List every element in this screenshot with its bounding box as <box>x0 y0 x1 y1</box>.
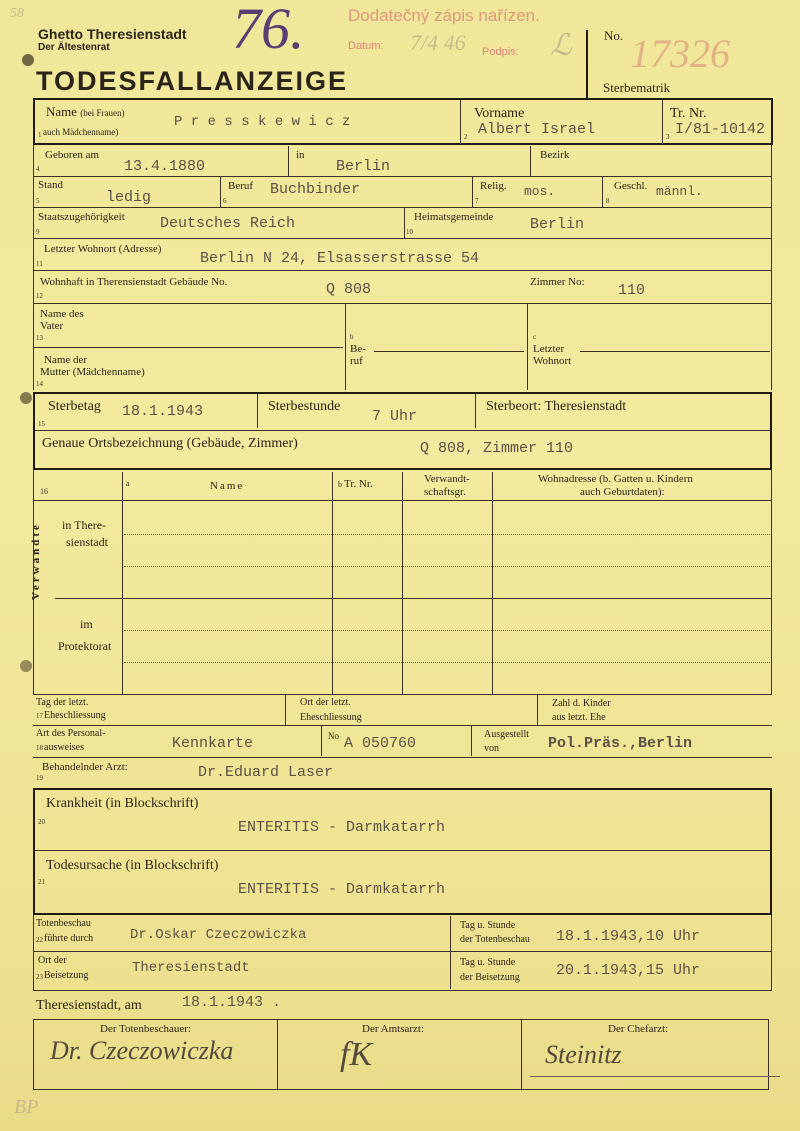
punch-hole <box>20 392 32 404</box>
inspection-time-label-1: Tag u. Stunde <box>460 920 515 932</box>
physician-value: Dr.Eduard Laser <box>198 764 333 781</box>
chief-physician-signature: Steinitz <box>545 1040 622 1070</box>
religion-label: Relig. <box>480 180 507 192</box>
stamp-podpis-label: Podpis: <box>482 46 519 58</box>
group-protectorate-label-1: im <box>80 618 93 630</box>
birthplace-value: Berlin <box>336 158 390 175</box>
group-terezin-label-1: in There- <box>62 519 106 531</box>
death-date-label: Sterbetag <box>48 399 101 414</box>
terezin-building-label: Wohnhaft in Therensienstadt Gebäude No. <box>40 276 227 288</box>
id-number-value: A 050760 <box>344 735 416 752</box>
relatives-trnr-header: b Tr. Nr. <box>338 478 373 491</box>
form-title: TODESFALLANZEIGE <box>36 66 348 97</box>
inspector-signature: Dr. Czeczowiczka <box>50 1036 233 1066</box>
children-count-label-1: Zahl d. Kinder <box>552 698 611 710</box>
burial-place-value: Theresienstadt <box>132 960 250 976</box>
death-place-label: Sterbeort: Theresienstadt <box>486 399 626 414</box>
organization-name: Ghetto Theresienstadt <box>38 26 187 42</box>
id-number-label: No <box>328 730 339 742</box>
children-count-label-2: aus letzt. Ehe <box>552 712 606 724</box>
death-notice-form: 58 Ghetto Theresienstadt Der Ältestenrat… <box>0 0 800 1131</box>
death-hour-label: Sterbestunde <box>268 399 340 414</box>
marriage-date-label-2: Eheschliessung <box>44 710 106 722</box>
chief-physician-label: Der Chefarzt: <box>608 1023 668 1035</box>
terezin-building-value: Q 808 <box>326 281 371 298</box>
birthdate-label: Geboren am <box>45 149 99 161</box>
official-physician-signature: fK <box>340 1036 372 1074</box>
inspection-by-value: Dr.Oskar Czeczowiczka <box>130 927 306 943</box>
marital-status-value: ledig <box>106 189 151 206</box>
district-label: Bezirk <box>540 149 569 161</box>
stamp-datum-label: Datum: <box>348 40 383 52</box>
death-date-value: 18.1.1943 <box>122 403 203 420</box>
relatives-side-label: Verwandte <box>30 522 42 600</box>
parents-residence-label-1: Letzter <box>533 343 564 355</box>
relatives-address-header-2: auch Geburtdaten): <box>580 486 665 498</box>
group-protectorate-label-2: Protektorat <box>58 640 111 652</box>
marriage-place-label-2: Eheschliessung <box>300 712 362 724</box>
relatives-relation-header-2: schaftsgr. <box>424 486 466 498</box>
occupation-value: Buchbinder <box>270 181 360 198</box>
official-physician-label: Der Amtsarzt: <box>362 1023 424 1035</box>
inspection-time-label-2: der Totenbeschau <box>460 934 530 946</box>
number-label: No. <box>604 28 623 44</box>
home-municipality-label: Heimatsgemeinde <box>414 211 493 223</box>
header-divider <box>586 30 588 100</box>
birthdate-value: 13.4.1880 <box>124 158 205 175</box>
marriage-place-label-1: Ort der letzt. <box>300 697 351 709</box>
sex-label: Geschl. <box>614 180 647 192</box>
marriage-date-label-1: Tag der letzt. <box>36 697 88 709</box>
transport-number-value: I/81-10142 <box>675 121 765 138</box>
corner-pencil-note: 58 <box>10 6 24 22</box>
burial-time-label-1: Tag u. Stunde <box>460 957 515 969</box>
council-name: Der Ältestenrat <box>38 42 110 53</box>
religion-value: mos. <box>524 184 555 199</box>
stamp-podpis-signature: ℒ <box>550 28 572 63</box>
cause-of-death-label: Todesursache (in Blockschrift) <box>46 858 218 873</box>
surname-value: P r e s s k e w i c z <box>174 114 350 130</box>
register-number: 17326 <box>630 30 730 77</box>
czech-stamp-text: Dodatečný zápis nařízen. <box>348 6 540 26</box>
transport-number-label: Tr. Nr. <box>670 106 706 121</box>
inspector-signature-label: Der Totenbeschauer: <box>100 1023 191 1035</box>
last-residence-value: Berlin N 24, Elsasserstrasse 54 <box>200 250 479 267</box>
physician-label: Behandelnder Arzt: <box>42 761 128 773</box>
relatives-address-header-1: Wohnadresse (b. Gatten u. Kindern <box>538 473 693 485</box>
father-label-2: Vater <box>40 320 63 332</box>
exact-location-value: Q 808, Zimmer 110 <box>420 440 573 457</box>
stamp-datum-value: 7/4 46 <box>410 30 466 56</box>
last-residence-label: Letzter Wohnort (Adresse) <box>44 243 161 255</box>
punch-hole <box>22 54 34 66</box>
place-date-label: Theresienstadt, am <box>36 998 142 1013</box>
sex-value: männl. <box>656 184 703 199</box>
room-label: Zimmer No: <box>530 276 585 288</box>
occupation-label: Beruf <box>228 180 253 192</box>
surname-label: Name (bei Frauen) <box>46 106 125 119</box>
id-type-value: Kennkarte <box>172 735 253 752</box>
burial-place-label-1: Ort der <box>38 955 67 967</box>
inspection-by-label-2: führte durch <box>44 933 93 945</box>
inspection-time-value: 18.1.1943,10 Uhr <box>556 928 700 945</box>
id-type-label-2: ausweises <box>44 742 84 754</box>
home-municipality-value: Berlin <box>530 216 584 233</box>
citizenship-value: Deutsches Reich <box>160 215 295 232</box>
mother-label-2: Mutter (Mädchenname) <box>40 366 145 378</box>
relatives-name-header: Name <box>210 480 244 492</box>
punch-hole <box>20 660 32 672</box>
sterbematrik-label: Sterbematrik <box>603 80 670 96</box>
mother-label-1: Name der <box>44 354 87 366</box>
marital-status-label: Stand <box>38 179 63 191</box>
birthplace-label: in <box>296 149 305 161</box>
parents-occupation-label-2: ruf <box>350 355 363 367</box>
firstname-label: Vorname <box>474 106 524 121</box>
id-issuer-label-2: von <box>484 743 499 755</box>
parents-occupation-label-1: Be- <box>350 343 366 355</box>
firstname-value: Albert Israel <box>478 121 595 138</box>
cause-of-death-value: ENTERITIS - Darmkatarrh <box>238 881 445 898</box>
death-hour-value: 7 Uhr <box>372 408 417 425</box>
footer-pencil-note: BP <box>14 1096 38 1119</box>
citizenship-label: Staatszugehörigkeit <box>38 211 125 223</box>
place-date-value: 18.1.1943 . <box>182 994 281 1011</box>
disease-label: Krankheit (in Blockschrift) <box>46 796 198 811</box>
relatives-relation-header-1: Verwandt- <box>424 473 470 485</box>
maiden-name-label: auch Mädchenname) <box>43 126 118 138</box>
id-type-label-1: Art des Personal- <box>36 728 105 740</box>
burial-time-value: 20.1.1943,15 Uhr <box>556 962 700 979</box>
group-terezin-label-2: sienstadt <box>66 536 108 548</box>
id-issuer-label-1: Ausgestellt <box>484 729 529 741</box>
burial-time-label-2: der Beisetzung <box>460 972 520 984</box>
father-label-1: Name des <box>40 308 84 320</box>
handwritten-number: 76. <box>232 0 305 60</box>
exact-location-label: Genaue Ortsbezeichnung (Gebäude, Zimmer) <box>42 436 298 451</box>
room-value: 110 <box>618 282 645 299</box>
burial-place-label-2: Beisetzung <box>44 970 88 982</box>
disease-value: ENTERITIS - Darmkatarrh <box>238 819 445 836</box>
parents-residence-label-2: Wohnort <box>533 355 571 367</box>
id-issuer-value: Pol.Präs.,Berlin <box>548 735 692 752</box>
inspection-by-label-1: Totenbeschau <box>36 918 91 930</box>
